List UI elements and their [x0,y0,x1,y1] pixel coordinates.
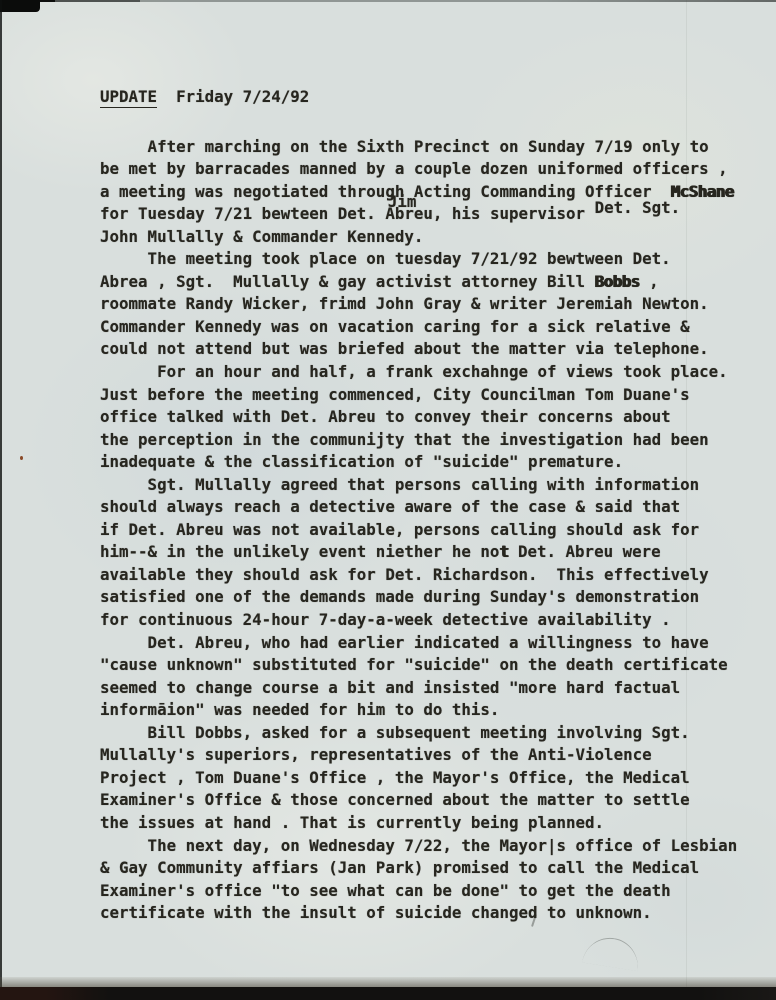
text-line: the perception in the communijty that th… [100,429,737,452]
document-header: UPDATE Friday 7/24/92 [100,86,737,109]
text-line: seemed to change course a bit and insist… [100,677,737,700]
text-segment: for Tuesday 7/21 bewteen Det. [100,204,376,223]
text-line: Det. Abreu, who had earlier indicated a … [100,632,737,655]
paragraph: Sgt. Mullally agreed that persons callin… [100,474,737,632]
text-line: office talked with Det. Abreu to convey … [100,406,737,429]
update-title: UPDATE [100,87,157,108]
text-line: for continuous 24-hour 7-day-a-week dete… [100,609,737,632]
text-line: Examiner's office "to see what can be do… [100,880,737,903]
text-line: "cause unknown" substituted for "suicide… [100,654,737,677]
text-segment: Abrea , Sgt. Mullally & gay activist att… [100,272,595,291]
text-line: Examiner's Office & those concerned abou… [100,789,737,812]
text-segment: , [640,272,659,291]
text-segment: Det. Sgt. [595,197,681,220]
text-line: him--& in the unlikely event niether he … [100,541,737,564]
paragraph: After marching on the Sixth Precinct on … [100,136,737,249]
text-line: available they should ask for Det. Richa… [100,564,737,587]
text-line: inadequate & the classification of "suic… [100,451,737,474]
paragraph: The next day, on Wednesday 7/22, the May… [100,835,737,925]
text-line: for Tuesday 7/21 bewteen Det.Jim Abreu, … [100,203,737,226]
scan-left-edge [0,0,2,1000]
paragraph: Bill Dobbs, asked for a subsequent meeti… [100,722,737,835]
text-line: The meeting took place on tuesday 7/21/9… [100,248,737,271]
paragraph: Det. Abreu, who had earlier indicated a … [100,632,737,722]
scan-corner-mark [0,0,40,12]
text-line: be met by barracades manned by a couple … [100,158,737,181]
text-line: should always reach a detective aware of… [100,496,737,519]
text-line: After marching on the Sixth Precinct on … [100,136,737,159]
text-line: could not attend but was briefed about t… [100,338,737,361]
text-line: roommate Randy Wicker, frimd John Gray &… [100,293,737,316]
header-date: Friday 7/24/92 [157,87,309,106]
text-line: the issues at hand . That is currently b… [100,812,737,835]
text-segment: Det. Abreu were [508,542,660,561]
text-line: & Gay Community affiars (Jan Park) promi… [100,857,737,880]
text-line: Abrea , Sgt. Mullally & gay activist att… [100,271,737,294]
scan-bottom-shadow [0,977,776,987]
document-body: After marching on the Sixth Precinct on … [100,136,737,925]
paragraph: The meeting took place on tuesday 7/21/9… [100,248,737,361]
text-line: Mullally's superiors, representatives of… [100,744,737,767]
text-line: Just before the meeting commenced, City … [100,384,737,407]
scan-top-edge [0,0,776,2]
text-line: certificate with the insult of suicide c… [100,902,737,925]
text-line: Bill Dobbs, asked for a subsequent meeti… [100,722,737,745]
scanned-page: UPDATE Friday 7/24/92 After marching on … [0,0,776,1000]
text-line: if Det. Abreu was not available, persons… [100,519,737,542]
text-line: For an hour and half, a frank exchahnge … [100,361,737,384]
text-line: Sgt. Mullally agreed that persons callin… [100,474,737,497]
scan-bottom-edge [0,987,776,1000]
paper-speck [20,456,23,460]
text-segment: him--& in the unlikely event niether he … [100,542,499,561]
text-line: John Mullally & Commander Kennedy. [100,226,737,249]
paper-scratch [582,934,642,971]
text-segment: Bobbs [595,272,640,291]
text-line: Commander Kennedy was on vacation caring… [100,316,737,339]
text-line: satisfied one of the demands made during… [100,586,737,609]
text-line: Project , Tom Duane's Office , the Mayor… [100,767,737,790]
text-segment: a meeting was negotiated through Acting … [100,182,671,201]
text-line: informāion" was needed for him to do thi… [100,699,737,722]
paragraph: For an hour and half, a frank exchahnge … [100,361,737,474]
typewritten-document: UPDATE Friday 7/24/92 After marching on … [100,86,737,925]
text-line: The next day, on Wednesday 7/22, the May… [100,835,737,858]
